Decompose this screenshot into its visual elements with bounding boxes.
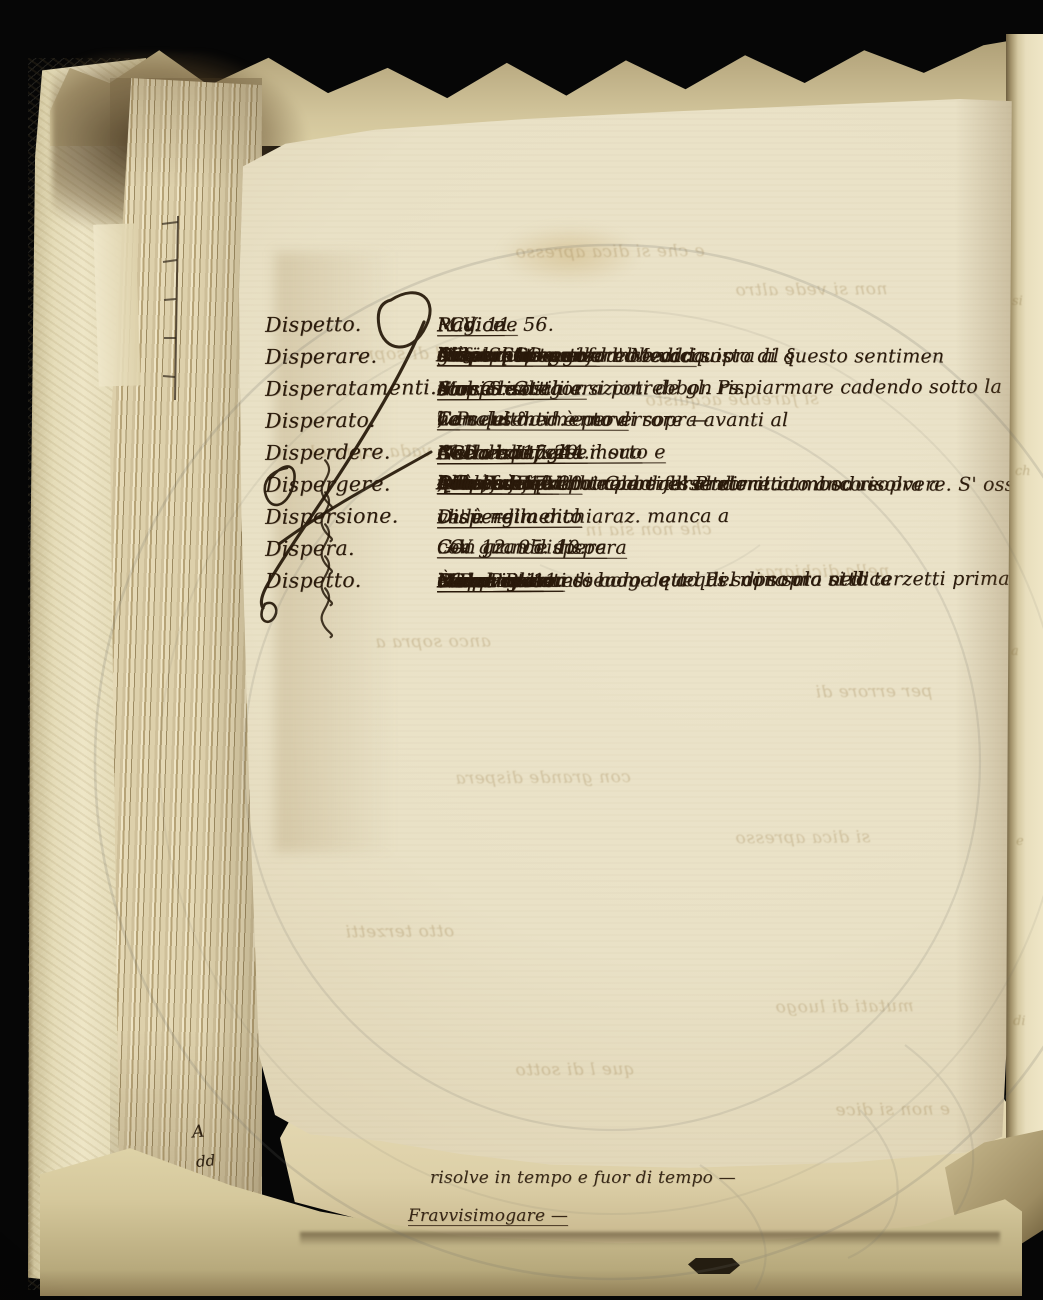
ghost-line: otto terzetti [345, 922, 454, 943]
text-segment: . [437, 437, 443, 469]
entry-row: Dispergere.l. Ps. Albert..... non è nume… [265, 468, 1007, 500]
headword: Disperdere. [265, 435, 437, 469]
headword: Dispetto. [265, 307, 437, 341]
entry-row: Dispetto.add. l. Ps. Dan. Par. 11. Ne pe… [265, 564, 1007, 596]
headword: Disperare. [265, 339, 437, 373]
entry-row: Dispersione.Dispergimento ch' è nella di… [265, 500, 1007, 532]
manuscript-line: G.V. 12. 95. 10. Con gran dispera. C. co… [437, 531, 1007, 532]
text-segment: risolve in tempo e fuor di tempo — [430, 1168, 736, 1188]
text-segment: . — [437, 565, 469, 597]
manuscript-line: M.V. 11. 56. Ragione. C. Radice. [437, 307, 1007, 309]
ghost-line: si dica apresso [735, 827, 871, 848]
entry-row: Dispera.G.V. 12. 95. 10. Con gran disper… [265, 532, 1007, 564]
text-segment: Fravvisimogare — [408, 1206, 568, 1226]
next-leaf-sliver: sichaedi [1006, 34, 1043, 1234]
tick-marks-icon [148, 212, 194, 404]
headword: Disperatamenti. [265, 371, 437, 405]
entry-row: Dispetto.M.V. 11. 56. Ragione. C. Radice… [265, 308, 1007, 340]
text-segment: to — [437, 339, 482, 371]
sliver-mark: a [1011, 644, 1019, 659]
sliver-mark: ch [1015, 464, 1031, 479]
entry-row: Disperare.Al § esser disperato da' Medic… [265, 340, 1007, 372]
headword: Dispetto. [265, 563, 437, 597]
ghost-line: mutati di luogo [775, 996, 914, 1017]
sliver-mark: si [1012, 294, 1023, 309]
ghost-line: que l di sotto [515, 1059, 635, 1080]
text-segment: . [437, 309, 443, 341]
ghost-line: non si vede altro [735, 279, 888, 300]
text-segment: Radice [437, 309, 505, 341]
manuscript-line: troppo sottili e si potrebbon rispiarmar… [437, 371, 1007, 373]
ghost-line: e che si dica apresso [515, 241, 705, 263]
text-segment: dichiaraz. [437, 373, 534, 405]
text-segment: non qui dov' è per errore — [437, 403, 709, 436]
ghost-line: per errore di [815, 681, 933, 702]
manuscript-line: giù a Disperato ove appunto si farebbe a… [437, 339, 1007, 340]
headword-flourish-icon [309, 584, 336, 640]
headword: Disperato. [265, 403, 437, 437]
ghost-line: con grande dispera [455, 767, 631, 789]
entry-row: Disperato.l. Ps. ult°. Canale. med. e no… [265, 404, 1007, 436]
headword: Dispergere. [265, 467, 437, 501]
text-segment: vedi. — [437, 501, 510, 533]
manuscript-page: e che si dica apressonon si vede altroma… [215, 92, 1015, 1170]
cover-notch [688, 1258, 740, 1274]
margin-note: dd [195, 1151, 216, 1171]
entry-row: Disperatamenti.Forse le dichiarazioni de… [265, 372, 1007, 404]
text-segment: ove appunto si farebbe acquisto di quest… [437, 339, 944, 372]
sliver-mark: e [1016, 834, 1024, 849]
page-curvature-shadow [955, 92, 1015, 1170]
text-segment: Duo — [437, 467, 502, 499]
margin-note: A [191, 1122, 205, 1143]
text-segment: . — [437, 531, 469, 563]
ghost-line: anco sopra a [375, 631, 491, 652]
manuscript-line: Dispergimento ch' è nella dichiaraz. man… [437, 499, 1007, 501]
ghost-line: e non si dice [835, 1099, 950, 1120]
text-segment: Anche disperse [437, 437, 588, 470]
photo-scene: risolve in tempo e fuor di tempo —Fravvi… [0, 0, 1043, 1300]
entry-row: Disperdere.Bocc. n. 17. 44. Nella battag… [265, 436, 1007, 468]
headword: Dispersione. [265, 499, 437, 533]
binding-crevice-shadow [300, 1232, 1000, 1246]
sliver-mark: di [1013, 1014, 1025, 1029]
headword: Dispera. [265, 531, 437, 565]
paper-repair-tab [93, 223, 141, 386]
manuscript-line: il suo ec. — Dan. Inf. 29. Che disperse.… [437, 435, 1007, 437]
manuscript-entries: Dispetto.M.V. 11. 56. Ragione. C. Radice… [265, 308, 1007, 596]
